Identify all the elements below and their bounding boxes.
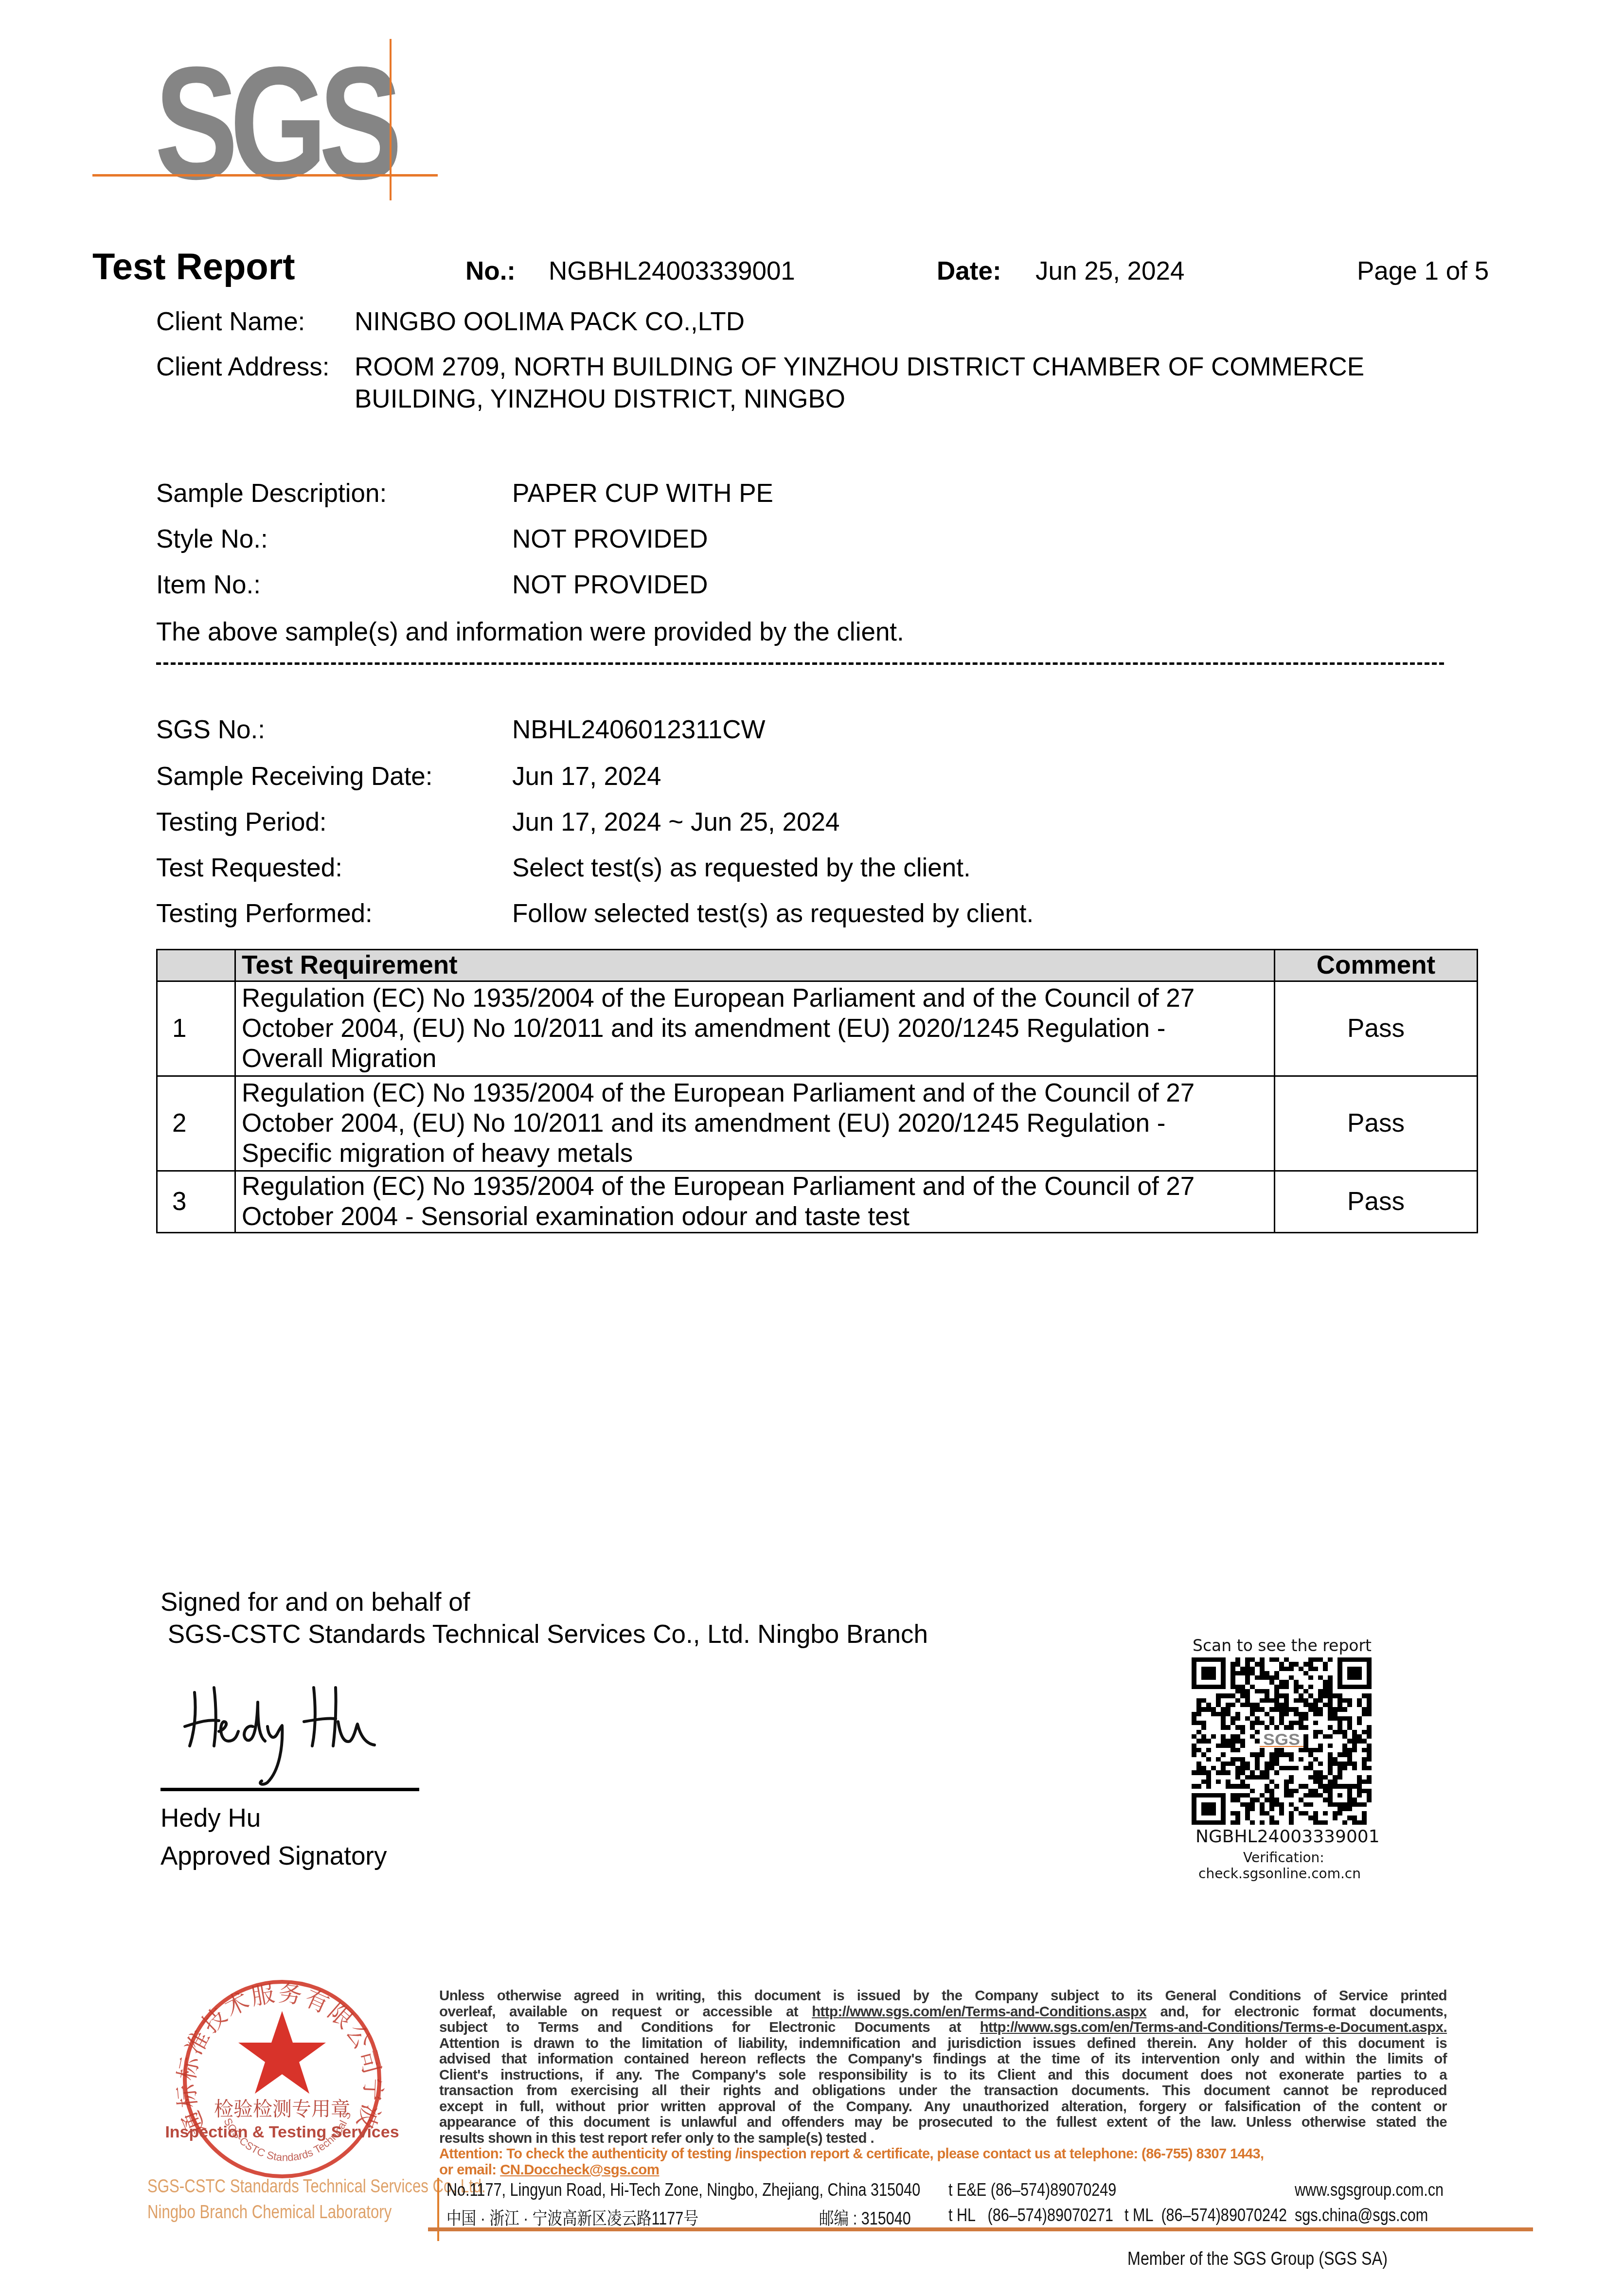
test-results-table: Test Requirement Comment 1 Regulation (E…	[156, 949, 1478, 1233]
table-row: 2 Regulation (EC) No 1935/2004 of the Eu…	[157, 1076, 1478, 1171]
column-header-number	[157, 950, 235, 981]
test-requested: Select test(s) as requested by the clien…	[512, 855, 971, 881]
client-name-label: Client Name:	[156, 309, 305, 335]
requirement-line: October 2004, (EU) No 10/2011 and its am…	[242, 1014, 1268, 1044]
client-address-line1: ROOM 2709, NORTH BUILDING OF YINZHOU DIS…	[355, 354, 1364, 380]
seal-center-cn: 检验检测专用章	[214, 2098, 350, 2120]
attention-email-prefix: or email:	[439, 2162, 500, 2178]
handwritten-signature	[180, 1673, 404, 1790]
tel-ee: t E&E (86–574)89070249	[948, 2180, 1116, 2200]
column-header-requirement: Test Requirement	[235, 950, 1275, 981]
table-row: 1 Regulation (EC) No 1935/2004 of the Eu…	[157, 981, 1478, 1076]
table-header-row: Test Requirement Comment	[157, 950, 1478, 981]
qr-code[interactable]: SGS	[1192, 1657, 1372, 1825]
client-address-line2: BUILDING, YINZHOU DISTRICT, NINGBO	[355, 386, 845, 412]
disclaimer-line: except in full, without prior written ap…	[439, 2099, 1447, 2115]
qr-caption: Scan to see the report	[1193, 1636, 1372, 1655]
dashed-separator	[156, 662, 1444, 665]
address-en: No.1177, Lingyun Road, Hi-Tech Zone, Nin…	[446, 2180, 920, 2200]
row-number: 3	[157, 1171, 235, 1233]
table-row: 3 Regulation (EC) No 1935/2004 of the Eu…	[157, 1171, 1478, 1233]
lab-name-line1: SGS-CSTC Standards Technical Services Co…	[147, 2176, 486, 2197]
legal-disclaimer: Unless otherwise agreed in writing, this…	[439, 1988, 1447, 2146]
item-no-label: Item No.:	[156, 572, 261, 598]
report-date-label: Date:	[937, 256, 1001, 286]
test-requested-label: Test Requested:	[156, 855, 342, 881]
testing-performed-label: Testing Performed:	[156, 901, 373, 926]
requirement-line: Regulation (EC) No 1935/2004 of the Euro…	[242, 1078, 1268, 1108]
website-link[interactable]: www.sgsgroup.com.cn	[1295, 2180, 1444, 2200]
email-link[interactable]: sgs.china@sgs.com	[1295, 2205, 1428, 2225]
item-no: NOT PROVIDED	[512, 572, 708, 598]
attention-email-line: or email: CN.Doccheck@sgs.com	[439, 2162, 659, 2178]
signed-for-text: Signed for and on behalf of	[161, 1589, 470, 1615]
page-title: Test Report	[92, 246, 295, 288]
page-indicator: Page 1 of 5	[1357, 256, 1489, 286]
requirement-line: Regulation (EC) No 1935/2004 of the Euro…	[242, 1172, 1268, 1202]
sgs-logo: SGS	[155, 43, 394, 203]
testing-period-label: Testing Period:	[156, 809, 327, 835]
sgs-group-membership: Member of the SGS Group (SGS SA)	[1127, 2249, 1388, 2270]
receiving-date-label: Sample Receiving Date:	[156, 764, 433, 789]
comment-cell: Pass	[1275, 1171, 1478, 1233]
postcode-cn: 邮编 : 315040	[819, 2205, 911, 2230]
requirement-line: Overall Migration	[242, 1044, 1268, 1074]
disclaimer-line: Unless otherwise agreed in writing, this…	[439, 1988, 1447, 2004]
sample-description-label: Sample Description:	[156, 481, 387, 506]
logo-vertical-rule	[390, 39, 392, 200]
requirement-line: October 2004, (EU) No 10/2011 and its am…	[242, 1108, 1268, 1139]
requirement-cell: Regulation (EC) No 1935/2004 of the Euro…	[235, 1171, 1275, 1233]
style-no: NOT PROVIDED	[512, 526, 708, 552]
address-cn: 中国 · 浙江 · 宁波高新区凌云路1177号	[446, 2205, 698, 2230]
attention-notice: Attention: To check the authenticity of …	[439, 2146, 1451, 2162]
terms-link[interactable]: http://www.sgs.com/en/Terms-and-Conditio…	[812, 2004, 1146, 2020]
row-number: 1	[157, 981, 235, 1076]
logo-horizontal-rule	[92, 174, 438, 177]
testing-period: Jun 17, 2024 ~ Jun 25, 2024	[512, 809, 839, 835]
row-number: 2	[157, 1076, 235, 1171]
sample-description: PAPER CUP WITH PE	[512, 481, 773, 506]
requirement-cell: Regulation (EC) No 1935/2004 of the Euro…	[235, 1076, 1275, 1171]
disclaimer-line: transaction from exercising all their ri…	[439, 2083, 1447, 2099]
footer-vertical-rule	[437, 2178, 439, 2241]
comment-cell: Pass	[1275, 981, 1478, 1076]
signatory-title: Approved Signatory	[161, 1843, 387, 1869]
disclaimer-line: overleaf, available on request or access…	[439, 2004, 1447, 2020]
disclaimer-line: subject to Terms and Conditions for Elec…	[439, 2020, 1447, 2036]
style-no-label: Style No.:	[156, 526, 268, 552]
sgs-no-label: SGS No.:	[156, 717, 265, 743]
signature-line	[161, 1788, 419, 1791]
footer-horizontal-rule	[428, 2227, 1533, 2231]
report-date: Jun 25, 2024	[1035, 256, 1184, 286]
verification-label: Verification:	[1243, 1850, 1324, 1866]
terms-link[interactable]: http://www.sgs.com/en/Terms-and-Conditio…	[980, 2019, 1447, 2035]
comment-cell: Pass	[1275, 1076, 1478, 1171]
qr-report-number: NGBHL24003339001	[1195, 1827, 1380, 1847]
requirement-line: October 2004 - Sensorial examination odo…	[242, 1202, 1268, 1232]
lab-name-line2: Ningbo Branch Chemical Laboratory	[147, 2202, 392, 2223]
disclaimer-line: Client's instructions, if any. The Compa…	[439, 2067, 1447, 2083]
report-number: NGBHL24003339001	[549, 256, 795, 286]
requirement-cell: Regulation (EC) No 1935/2004 of the Euro…	[235, 981, 1275, 1076]
tel-hl: t HL (86–574)89070271	[948, 2205, 1113, 2225]
tel-ml: t ML (86–574)89070242	[1124, 2205, 1287, 2225]
testing-performed: Follow selected test(s) as requested by …	[512, 901, 1034, 926]
receiving-date: Jun 17, 2024	[512, 764, 661, 789]
official-seal: 通标标准技术服务有限公司宁波分公司 检验检测专用章 Inspection & T…	[165, 1970, 399, 2198]
disclaimer-line: results shown in this test report refer …	[439, 2131, 1447, 2147]
requirement-line: Regulation (EC) No 1935/2004 of the Euro…	[242, 983, 1268, 1014]
signing-company: SGS-CSTC Standards Technical Services Co…	[161, 1621, 928, 1647]
report-number-label: No.:	[465, 256, 516, 286]
disclaimer-line: Attention is drawn to the limitation of …	[439, 2036, 1447, 2052]
disclaimer-line: appearance of this document is unlawful …	[439, 2115, 1447, 2131]
column-header-comment: Comment	[1275, 950, 1478, 981]
doccheck-email-link[interactable]: CN.Doccheck@sgs.com	[500, 2162, 659, 2178]
verification-url[interactable]: check.sgsonline.com.cn	[1198, 1866, 1361, 1882]
sample-provided-note: The above sample(s) and information were…	[156, 619, 904, 645]
requirement-line: Specific migration of heavy metals	[242, 1139, 1268, 1169]
seal-center-en: Inspection & Testing Services	[165, 2123, 399, 2141]
signatory-name: Hedy Hu	[161, 1805, 261, 1831]
client-name: NINGBO OOLIMA PACK CO.,LTD	[355, 309, 745, 335]
client-address-label: Client Address:	[156, 354, 329, 380]
disclaimer-line: advised that information contained hereo…	[439, 2051, 1447, 2067]
sgs-no: NBHL2406012311CW	[512, 717, 766, 743]
